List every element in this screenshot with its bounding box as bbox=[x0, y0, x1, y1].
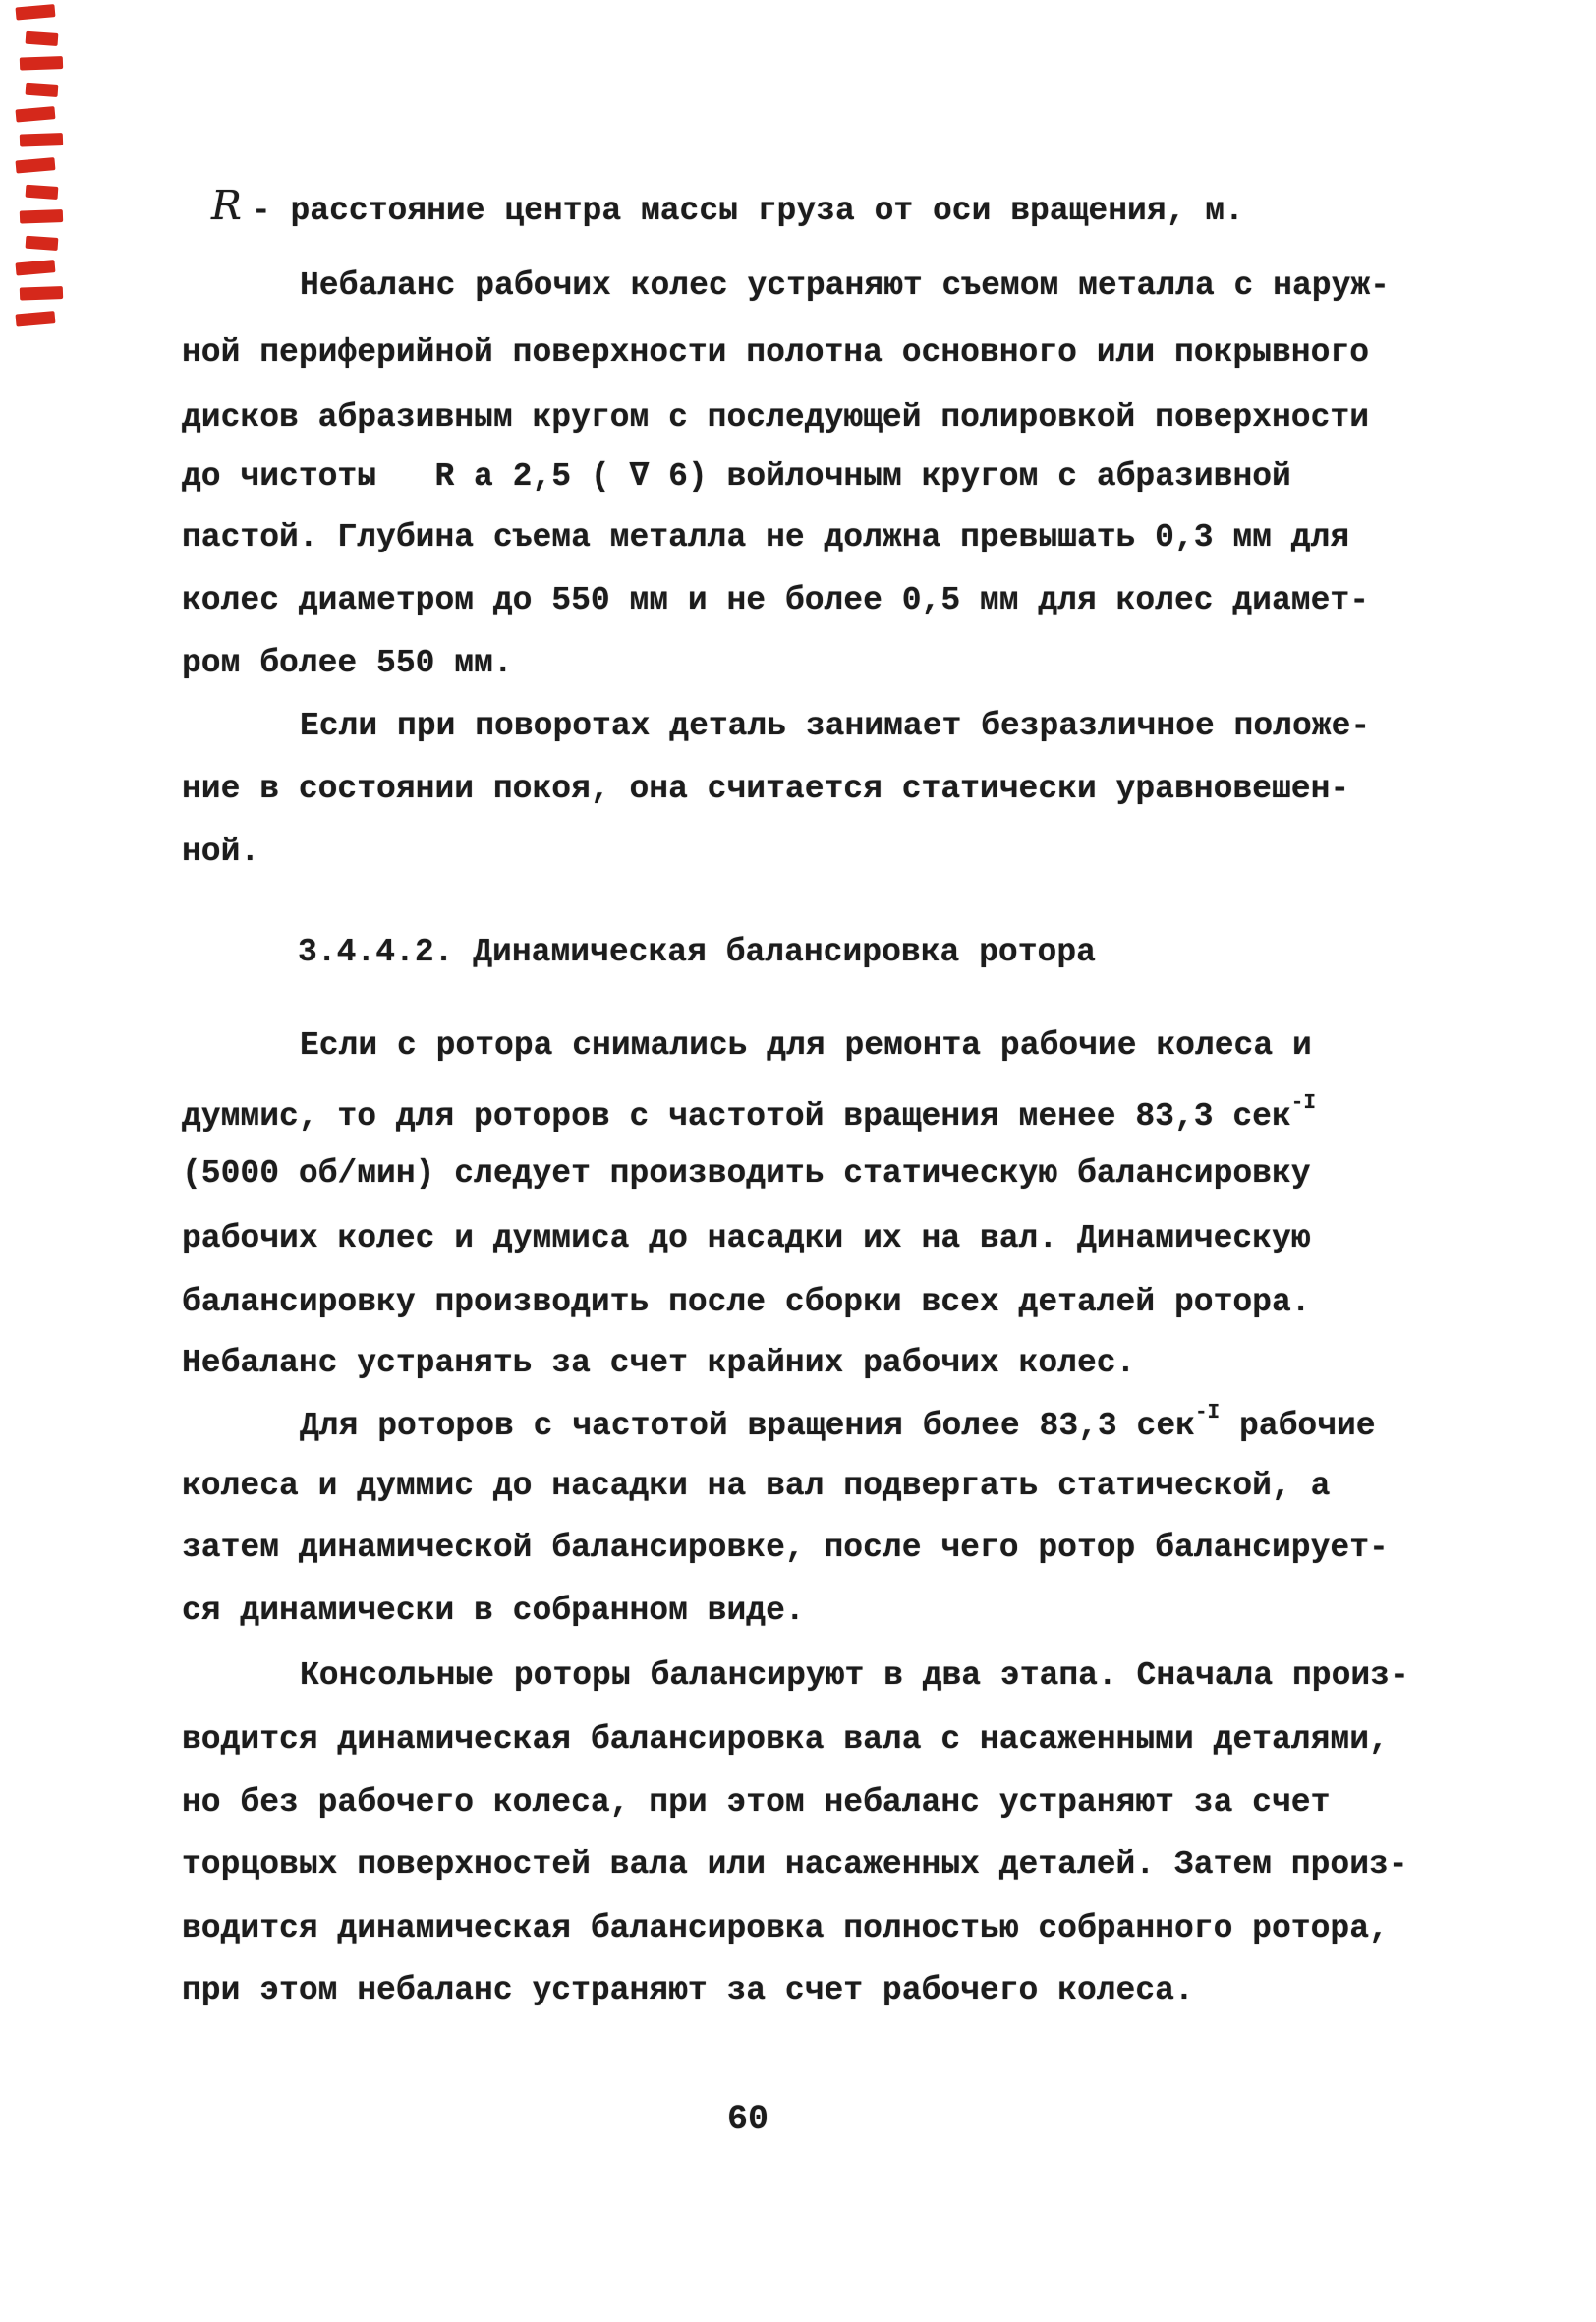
body-line: ной периферийной поверхности полотна осн… bbox=[182, 334, 1369, 372]
body-line: водится динамическая балансировка вала с… bbox=[182, 1721, 1389, 1759]
symbol-R: R bbox=[211, 182, 252, 229]
section-heading: 3.4.4.2. Динамическая балансировка ротор… bbox=[298, 934, 1096, 971]
scanned-document-page: { "document": { "language": "ru", "page_… bbox=[0, 0, 1596, 2322]
page-number: 60 bbox=[727, 2100, 769, 2139]
page-background: R- расстояние центра массы груза от оси … bbox=[0, 0, 1596, 2322]
body-line: до чистоты R a 2,5 ( ∇ 6) войлочным круг… bbox=[182, 458, 1291, 495]
red-mark bbox=[16, 311, 56, 326]
symbol-definition-line: R- расстояние центра массы груза от оси … bbox=[211, 183, 1244, 230]
red-mark bbox=[26, 83, 59, 97]
body-line-with-superscript: Для роторов с частотой вращения более 83… bbox=[300, 1402, 1376, 1445]
red-mark bbox=[16, 260, 56, 275]
red-mark bbox=[26, 185, 59, 200]
red-margin-marks bbox=[14, 6, 83, 345]
body-line: колеса и думмис до насадки на вал подвер… bbox=[182, 1468, 1330, 1505]
symbol-definition-text: - расстояние центра массы груза от оси в… bbox=[252, 193, 1244, 229]
body-line: Небаланс устранять за счет крайних рабоч… bbox=[182, 1345, 1135, 1382]
body-line: торцовых поверхностей вала или насаженны… bbox=[182, 1846, 1408, 1884]
body-line: рабочих колес и думмиса до насадки их на… bbox=[182, 1220, 1311, 1257]
red-mark bbox=[16, 157, 56, 173]
red-mark bbox=[20, 56, 63, 71]
red-mark bbox=[26, 236, 59, 251]
body-line: затем динамической балансировке, после ч… bbox=[182, 1530, 1389, 1567]
red-mark bbox=[20, 133, 63, 147]
body-line: (5000 об/мин) следует производить статич… bbox=[182, 1155, 1311, 1192]
red-mark bbox=[16, 4, 56, 20]
red-mark bbox=[20, 286, 63, 301]
body-line: водится динамическая балансировка полнос… bbox=[182, 1910, 1389, 1947]
body-line: колес диаметром до 550 мм и не более 0,5… bbox=[182, 582, 1369, 619]
body-line: ром более 550 мм. bbox=[182, 645, 513, 682]
line-text: думмис, то для роторов с частотой вращен… bbox=[182, 1098, 1291, 1134]
red-mark bbox=[20, 209, 63, 224]
body-line-with-superscript: думмис, то для роторов с частотой вращен… bbox=[182, 1092, 1316, 1135]
red-mark bbox=[16, 106, 56, 122]
body-line: балансировку производить после сборки вс… bbox=[182, 1284, 1311, 1321]
body-line: но без рабочего колеса, при этом небалан… bbox=[182, 1784, 1330, 1822]
body-line: дисков абразивным кругом с последующей п… bbox=[182, 399, 1369, 436]
superscript-exponent: -I bbox=[1195, 1402, 1220, 1424]
body-line: при этом небаланс устраняют за счет рабо… bbox=[182, 1972, 1194, 2009]
line-text: рабочие bbox=[1220, 1408, 1375, 1444]
body-line: пастой. Глубина съема металла не должна … bbox=[182, 519, 1349, 556]
body-line: ся динамически в собранном виде. bbox=[182, 1593, 805, 1630]
body-line: Если с ротора снимались для ремонта рабо… bbox=[300, 1027, 1312, 1065]
body-line: ние в состоянии покоя, она считается ста… bbox=[182, 771, 1349, 808]
line-text: Для роторов с частотой вращения более 83… bbox=[300, 1408, 1195, 1444]
body-line: ной. bbox=[182, 834, 259, 871]
red-mark bbox=[26, 31, 59, 46]
body-line: Небаланс рабочих колес устраняют съемом … bbox=[300, 267, 1390, 305]
superscript-exponent: -I bbox=[1291, 1092, 1316, 1115]
body-line: Если при поворотах деталь занимает безра… bbox=[300, 708, 1370, 745]
body-line: Консольные роторы балансируют в два этап… bbox=[300, 1657, 1409, 1695]
